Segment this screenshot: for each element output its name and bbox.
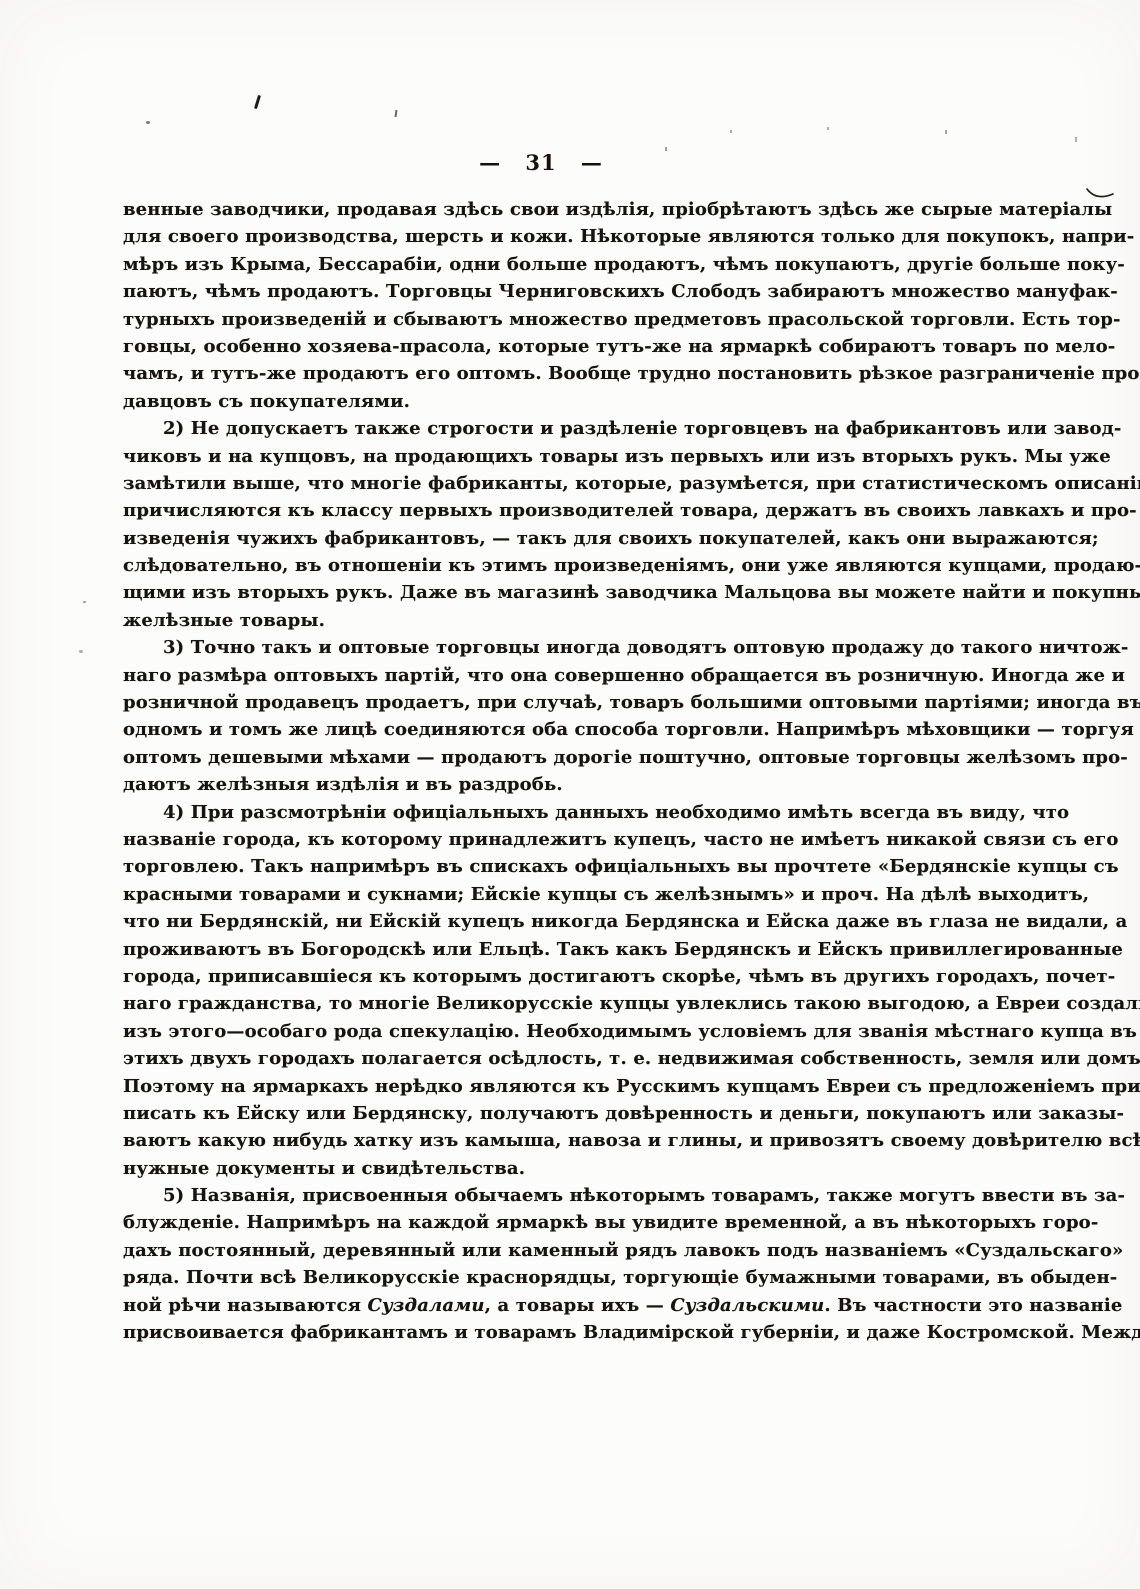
- text-line: давцовъ съ покупателями.: [123, 388, 1041, 415]
- text-line: мѣръ изъ Крыма, Бессарабіи, одни больше …: [123, 251, 1041, 278]
- text-line: проживаютъ въ Богородскѣ или Ельцѣ. Такъ…: [123, 936, 1041, 963]
- text-segment: блужденіе. Напримѣръ на каждой ярмаркѣ в…: [123, 1212, 1098, 1233]
- text-segment: чиковъ и на купцовъ, на продающихъ товар…: [123, 446, 1111, 467]
- text-segment: Поэтому на ярмаркахъ нерѣдко являются къ…: [123, 1076, 1140, 1097]
- text-segment: мѣръ изъ Крыма, Бессарабіи, одни больше …: [123, 254, 1125, 275]
- ink-slash-mark: [254, 95, 261, 109]
- scan-artifact: [945, 130, 947, 134]
- text-segment: турныхъ произведеній и сбываютъ множеств…: [123, 309, 1121, 330]
- text-segment: щими изъ вторыхъ рукъ. Даже въ магазинѣ …: [123, 582, 1140, 603]
- page-number: — 31 —: [451, 150, 631, 175]
- text-segment: ряда. Почти всѣ Великорусскіе краснорядц…: [123, 1267, 1117, 1288]
- text-segment: желѣзные товары.: [123, 610, 325, 631]
- text-segment: замѣтили выше, что многіе фабриканты, ко…: [123, 473, 1140, 494]
- text-line: наго размѣра оптовыхъ партій, что она со…: [123, 662, 1041, 689]
- text-line: нужные документы и свидѣтельства.: [123, 1155, 1041, 1182]
- paragraph: 3) Точно такъ и оптовые торговцы иногда …: [123, 634, 1041, 798]
- text-line: торговлею. Такъ напримѣръ въ спискахъ оф…: [123, 853, 1041, 880]
- text-line: красными товарами и сукнами; Ейскіе купц…: [123, 881, 1041, 908]
- text-segment: проживаютъ въ Богородскѣ или Ельцѣ. Такъ…: [123, 939, 1123, 960]
- text-segment: , а товары ихъ —: [485, 1295, 671, 1316]
- page-text: венные заводчики, продавая здѣсь свои из…: [123, 196, 1041, 1346]
- text-segment: этихъ двухъ городахъ полагается осѣдлост…: [123, 1048, 1140, 1069]
- text-line: одномъ и томъ же лицѣ соединяются оба сп…: [123, 716, 1041, 743]
- text-segment: 5) Названія, присвоенныя обычаемъ нѣкото…: [163, 1185, 1125, 1206]
- italic-term: Суздальскими: [670, 1295, 824, 1316]
- text-segment: оптомъ дешевыми мѣхами — продаютъ дорогі…: [123, 747, 1128, 768]
- text-line: чамъ, и тутъ-же продаютъ его оптомъ. Воо…: [123, 360, 1041, 387]
- text-segment: венные заводчики, продавая здѣсь свои из…: [123, 199, 1112, 220]
- text-line: щими изъ вторыхъ рукъ. Даже въ магазинѣ …: [123, 579, 1041, 606]
- text-segment: города, приписавшіеся къ которымъ достиг…: [123, 966, 1115, 987]
- text-line: чиковъ и на купцовъ, на продающихъ товар…: [123, 443, 1041, 470]
- scan-artifact: [827, 127, 829, 130]
- text-line: ряда. Почти всѣ Великорусскіе краснорядц…: [123, 1264, 1041, 1291]
- text-segment: красными товарами и сукнами; Ейскіе купц…: [123, 884, 1089, 905]
- text-line: Поэтому на ярмаркахъ нерѣдко являются къ…: [123, 1073, 1041, 1100]
- italic-term: Суздалами: [368, 1295, 485, 1316]
- text-line: для своего производства, шерсть и кожи. …: [123, 223, 1041, 250]
- paragraph: 4) При разсмотрѣніи офиціальныхъ данныхъ…: [123, 799, 1041, 1182]
- paragraph: 2) Не допускаетъ также строгости и раздѣ…: [123, 415, 1041, 634]
- text-segment: изведенія чужихъ фабрикантовъ, — такъ дл…: [123, 528, 1099, 549]
- text-segment: чамъ, и тутъ-же продаютъ его оптомъ. Воо…: [123, 363, 1140, 384]
- text-line: города, приписавшіеся къ которымъ достиг…: [123, 963, 1041, 990]
- text-segment: ной рѣчи называются: [123, 1295, 368, 1316]
- text-segment: одномъ и томъ же лицѣ соединяются оба сп…: [123, 719, 1134, 740]
- text-segment: наго гражданства, то многіе Великорусскі…: [123, 993, 1140, 1014]
- text-line: изведенія чужихъ фабрикантовъ, — такъ дл…: [123, 525, 1041, 552]
- scan-artifact: [83, 601, 86, 603]
- text-segment: торговлею. Такъ напримѣръ въ спискахъ оф…: [123, 856, 1119, 877]
- text-line: блужденіе. Напримѣръ на каждой ярмаркѣ в…: [123, 1209, 1041, 1236]
- text-segment: давцовъ съ покупателями.: [123, 391, 410, 412]
- text-segment: причисляются къ классу первыхъ производи…: [123, 500, 1137, 521]
- text-line: писать къ Ейску или Бердянску, получаютъ…: [123, 1100, 1041, 1127]
- text-segment: изъ этого—особаго рода спекулацію. Необх…: [123, 1021, 1137, 1042]
- text-line: изъ этого—особаго рода спекулацію. Необх…: [123, 1018, 1041, 1045]
- text-line: замѣтили выше, что многіе фабриканты, ко…: [123, 470, 1041, 497]
- scan-artifact: [665, 147, 667, 151]
- text-segment: 2) Не допускаетъ также строгости и раздѣ…: [163, 418, 1121, 439]
- scan-artifact: [730, 130, 732, 133]
- text-segment: названіе города, къ которому принадлежит…: [123, 829, 1118, 850]
- text-segment: 3) Точно такъ и оптовые торговцы иногда …: [163, 637, 1129, 658]
- text-line: 4) При разсмотрѣніи офиціальныхъ данныхъ…: [123, 799, 1041, 826]
- text-line: говцы, особенно хозяева-прасола, которые…: [123, 333, 1041, 360]
- text-line: 5) Названія, присвоенныя обычаемъ нѣкото…: [123, 1182, 1041, 1209]
- text-segment: писать къ Ейску или Бердянску, получаютъ…: [123, 1103, 1124, 1124]
- text-line: ной рѣчи называются Суздалами, а товары …: [123, 1292, 1041, 1319]
- text-segment: слѣдовательно, въ отношеніи къ этимъ про…: [123, 555, 1140, 576]
- text-segment: . Въ частности это названіе: [824, 1295, 1122, 1316]
- text-segment: паютъ, чѣмъ продаютъ. Торговцы Черниговс…: [123, 281, 1118, 302]
- text-line: 2) Не допускаетъ также строгости и раздѣ…: [123, 415, 1041, 442]
- scan-artifact: [395, 110, 398, 117]
- scan-artifact: [79, 650, 83, 653]
- text-segment: розничной продавецъ продаетъ, при случаѣ…: [123, 692, 1140, 713]
- text-segment: наго размѣра оптовыхъ партій, что она со…: [123, 665, 1125, 686]
- text-segment: 4) При разсмотрѣніи офиціальныхъ данныхъ…: [163, 802, 1069, 823]
- text-line: желѣзные товары.: [123, 607, 1041, 634]
- text-line: паютъ, чѣмъ продаютъ. Торговцы Черниговс…: [123, 278, 1041, 305]
- scanned-book-page: — 31 — венные заводчики, продавая здѣсь …: [0, 0, 1140, 1589]
- text-line: что ни Бердянскій, ни Ейскій купецъ нико…: [123, 908, 1041, 935]
- text-segment: ваютъ какую нибудь хатку изъ камыша, нав…: [123, 1130, 1140, 1151]
- paragraph: 5) Названія, присвоенныя обычаемъ нѣкото…: [123, 1182, 1041, 1346]
- text-segment: дахъ постоянный, деревянный или каменный…: [123, 1240, 1123, 1261]
- paragraph: венные заводчики, продавая здѣсь свои из…: [123, 196, 1041, 415]
- scan-artifact: [146, 121, 150, 124]
- text-line: дахъ постоянный, деревянный или каменный…: [123, 1237, 1041, 1264]
- text-segment: что ни Бердянскій, ни Ейскій купецъ нико…: [123, 911, 1127, 932]
- text-line: присвоивается фабрикантамъ и товарамъ Вл…: [123, 1319, 1041, 1346]
- text-line: розничной продавецъ продаетъ, при случаѣ…: [123, 689, 1041, 716]
- scan-artifact: [1075, 137, 1077, 142]
- text-line: названіе города, къ которому принадлежит…: [123, 826, 1041, 853]
- text-segment: для своего производства, шерсть и кожи. …: [123, 226, 1134, 247]
- text-line: слѣдовательно, въ отношеніи къ этимъ про…: [123, 552, 1041, 579]
- text-line: даютъ желѣзныя издѣлія и въ раздробь.: [123, 771, 1041, 798]
- text-line: оптомъ дешевыми мѣхами — продаютъ дорогі…: [123, 744, 1041, 771]
- text-segment: даютъ желѣзныя издѣлія и въ раздробь.: [123, 774, 563, 795]
- text-line: причисляются къ классу первыхъ производи…: [123, 497, 1041, 524]
- text-segment: нужные документы и свидѣтельства.: [123, 1158, 525, 1179]
- text-line: этихъ двухъ городахъ полагается осѣдлост…: [123, 1045, 1041, 1072]
- text-line: наго гражданства, то многіе Великорусскі…: [123, 990, 1041, 1017]
- text-line: 3) Точно такъ и оптовые торговцы иногда …: [123, 634, 1041, 661]
- text-line: турныхъ произведеній и сбываютъ множеств…: [123, 306, 1041, 333]
- text-segment: говцы, особенно хозяева-прасола, которые…: [123, 336, 1115, 357]
- text-segment: присвоивается фабрикантамъ и товарамъ Вл…: [123, 1322, 1140, 1343]
- text-line: ваютъ какую нибудь хатку изъ камыша, нав…: [123, 1127, 1041, 1154]
- text-line: венные заводчики, продавая здѣсь свои из…: [123, 196, 1041, 223]
